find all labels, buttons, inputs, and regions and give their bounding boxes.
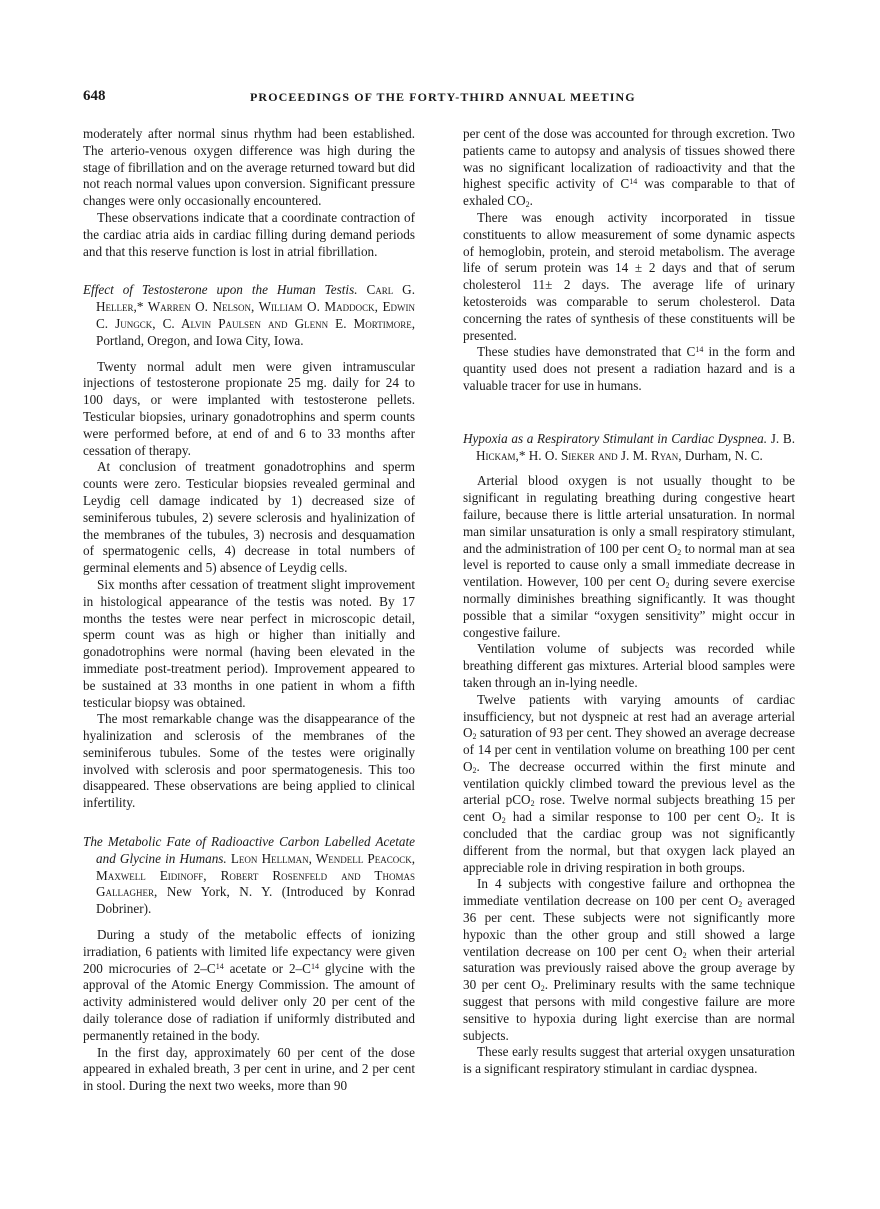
paragraph: During a study of the metabolic effects … xyxy=(83,927,415,1045)
running-head: PROCEEDINGS OF THE FORTY-THIRD ANNUAL ME… xyxy=(250,90,636,105)
paragraph: The most remarkable change was the disap… xyxy=(83,711,415,812)
paragraph: There was enough activity incorporated i… xyxy=(463,210,795,344)
article-title: Effect of Testosterone upon the Human Te… xyxy=(83,282,358,297)
paragraph: These observations indicate that a coord… xyxy=(83,210,415,260)
page-header: 648 PROCEEDINGS OF THE FORTY-THIRD ANNUA… xyxy=(83,88,783,108)
paragraph: Twenty normal adult men were given intra… xyxy=(83,359,415,460)
paragraph: At conclusion of treatment gonadotrophin… xyxy=(83,459,415,577)
left-column: moderately after normal sinus rhythm had… xyxy=(83,126,415,1095)
article-title: Hypoxia as a Respiratory Stimulant in Ca… xyxy=(463,431,767,446)
paragraph: Twelve patients with varying amounts of … xyxy=(463,692,795,877)
article-heading-hypoxia: Hypoxia as a Respiratory Stimulant in Ca… xyxy=(463,431,795,465)
paragraph: Ventilation volume of subjects was recor… xyxy=(463,641,795,691)
paragraph: moderately after normal sinus rhythm had… xyxy=(83,126,415,210)
paragraph: Arterial blood oxygen is not usually tho… xyxy=(463,473,795,641)
article-location: , Durham, N. C. xyxy=(678,448,763,463)
paragraph: In 4 subjects with congestive failure an… xyxy=(463,876,795,1044)
article-heading-metabolic: The Metabolic Fate of Radioactive Carbon… xyxy=(83,834,415,918)
paragraph: Six months after cessation of treatment … xyxy=(83,577,415,711)
paragraph: These studies have demonstrated that C14… xyxy=(463,344,795,394)
paragraph: per cent of the dose was accounted for t… xyxy=(463,126,795,210)
page-number: 648 xyxy=(83,88,106,105)
right-column: per cent of the dose was accounted for t… xyxy=(463,126,795,1078)
article-heading-testosterone: Effect of Testosterone upon the Human Te… xyxy=(83,282,415,349)
paragraph: These early results suggest that arteria… xyxy=(463,1044,795,1078)
paragraph: In the first day, approximately 60 per c… xyxy=(83,1045,415,1095)
